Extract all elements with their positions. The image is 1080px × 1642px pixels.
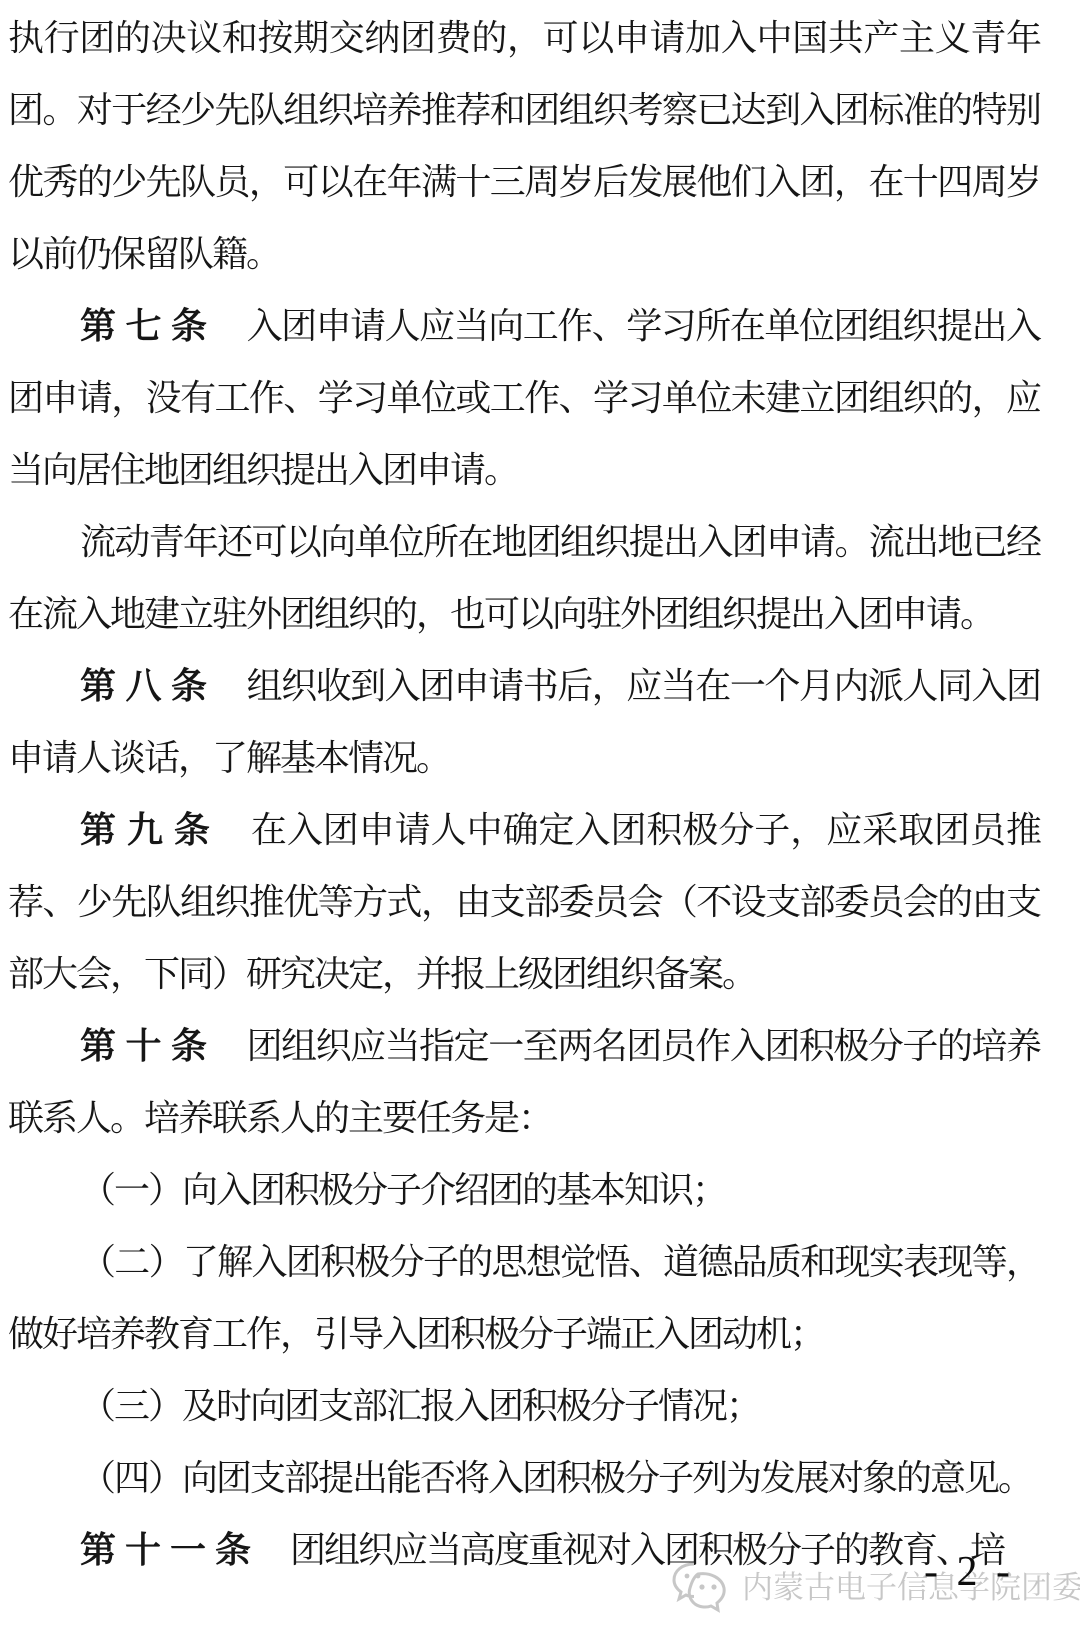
paragraph-item-3: （三）及时向团支部汇报入团积极分子情况； xyxy=(8,1370,1040,1442)
page-number: - 2 - xyxy=(924,1548,1014,1596)
paragraph-text: （四）向团支部提出能否将入团积极分子列为发展对象的意见。 xyxy=(80,1458,1032,1498)
paragraph-continuation: 执行团的决议和按期交纳团费的，可以申请加入中国共产主义青年团。对于经少先队组织培… xyxy=(8,2,1040,290)
document-page: { "document": { "paragraphs": [ { "lead"… xyxy=(0,0,1080,1642)
paragraph-item-4: （四）向团支部提出能否将入团积极分子列为发展对象的意见。 xyxy=(8,1442,1040,1514)
article-10-label: 第十条 xyxy=(80,1025,217,1066)
page-footer: 内蒙古电子信息学院团委 - 2 - xyxy=(0,1540,1080,1642)
article-7-label: 第七条 xyxy=(80,305,217,346)
paragraph-item-1: （一）向入团积极分子介绍团的基本知识； xyxy=(8,1154,1040,1226)
article-8-label: 第八条 xyxy=(80,665,217,706)
document-body: 执行团的决议和按期交纳团费的，可以申请加入中国共产主义青年团。对于经少先队组织培… xyxy=(8,2,1040,1586)
paragraph-item-2: （二）了解入团积极分子的思想觉悟、道德品质和现实表现等，做好培养教育工作，引导入… xyxy=(8,1226,1040,1370)
paragraph-article-10: 第十条团组织应当指定一至两名团员作入团积极分子的培养联系人。培养联系人的主要任务… xyxy=(8,1010,1040,1154)
paragraph-text: （一）向入团积极分子介绍团的基本知识； xyxy=(80,1170,726,1210)
paragraph-mobile-youth: 流动青年还可以向单位所在地团组织提出入团申请。流出地已经在流入地建立驻外团组织的… xyxy=(8,506,1040,650)
article-9-label: 第九条 xyxy=(80,809,221,850)
paragraph-text: （二）了解入团积极分子的思想觉悟、道德品质和现实表现等，做好培养教育工作，引导入… xyxy=(8,1242,1040,1354)
watermark-text: 内蒙古电子信息学院团委 xyxy=(742,1562,1080,1607)
wechat-icon xyxy=(668,1554,732,1614)
paragraph-article-8: 第八条组织收到入团申请书后，应当在一个月内派人同入团申请人谈话，了解基本情况。 xyxy=(8,650,1040,794)
paragraph-text: （三）及时向团支部汇报入团积极分子情况； xyxy=(80,1386,760,1426)
paragraph-text: 流动青年还可以向单位所在地团组织提出入团申请。流出地已经在流入地建立驻外团组织的… xyxy=(8,522,1040,634)
paragraph-article-7: 第七条入团申请人应当向工作、学习所在单位团组织提出入团申请，没有工作、学习单位或… xyxy=(8,290,1040,506)
paragraph-text: 执行团的决议和按期交纳团费的，可以申请加入中国共产主义青年团。对于经少先队组织培… xyxy=(8,18,1040,274)
paragraph-article-9: 第九条在入团申请人中确定入团积极分子，应采取团员推荐、少先队组织推优等方式，由支… xyxy=(8,794,1040,1010)
watermark: 内蒙古电子信息学院团委 xyxy=(668,1554,1080,1614)
